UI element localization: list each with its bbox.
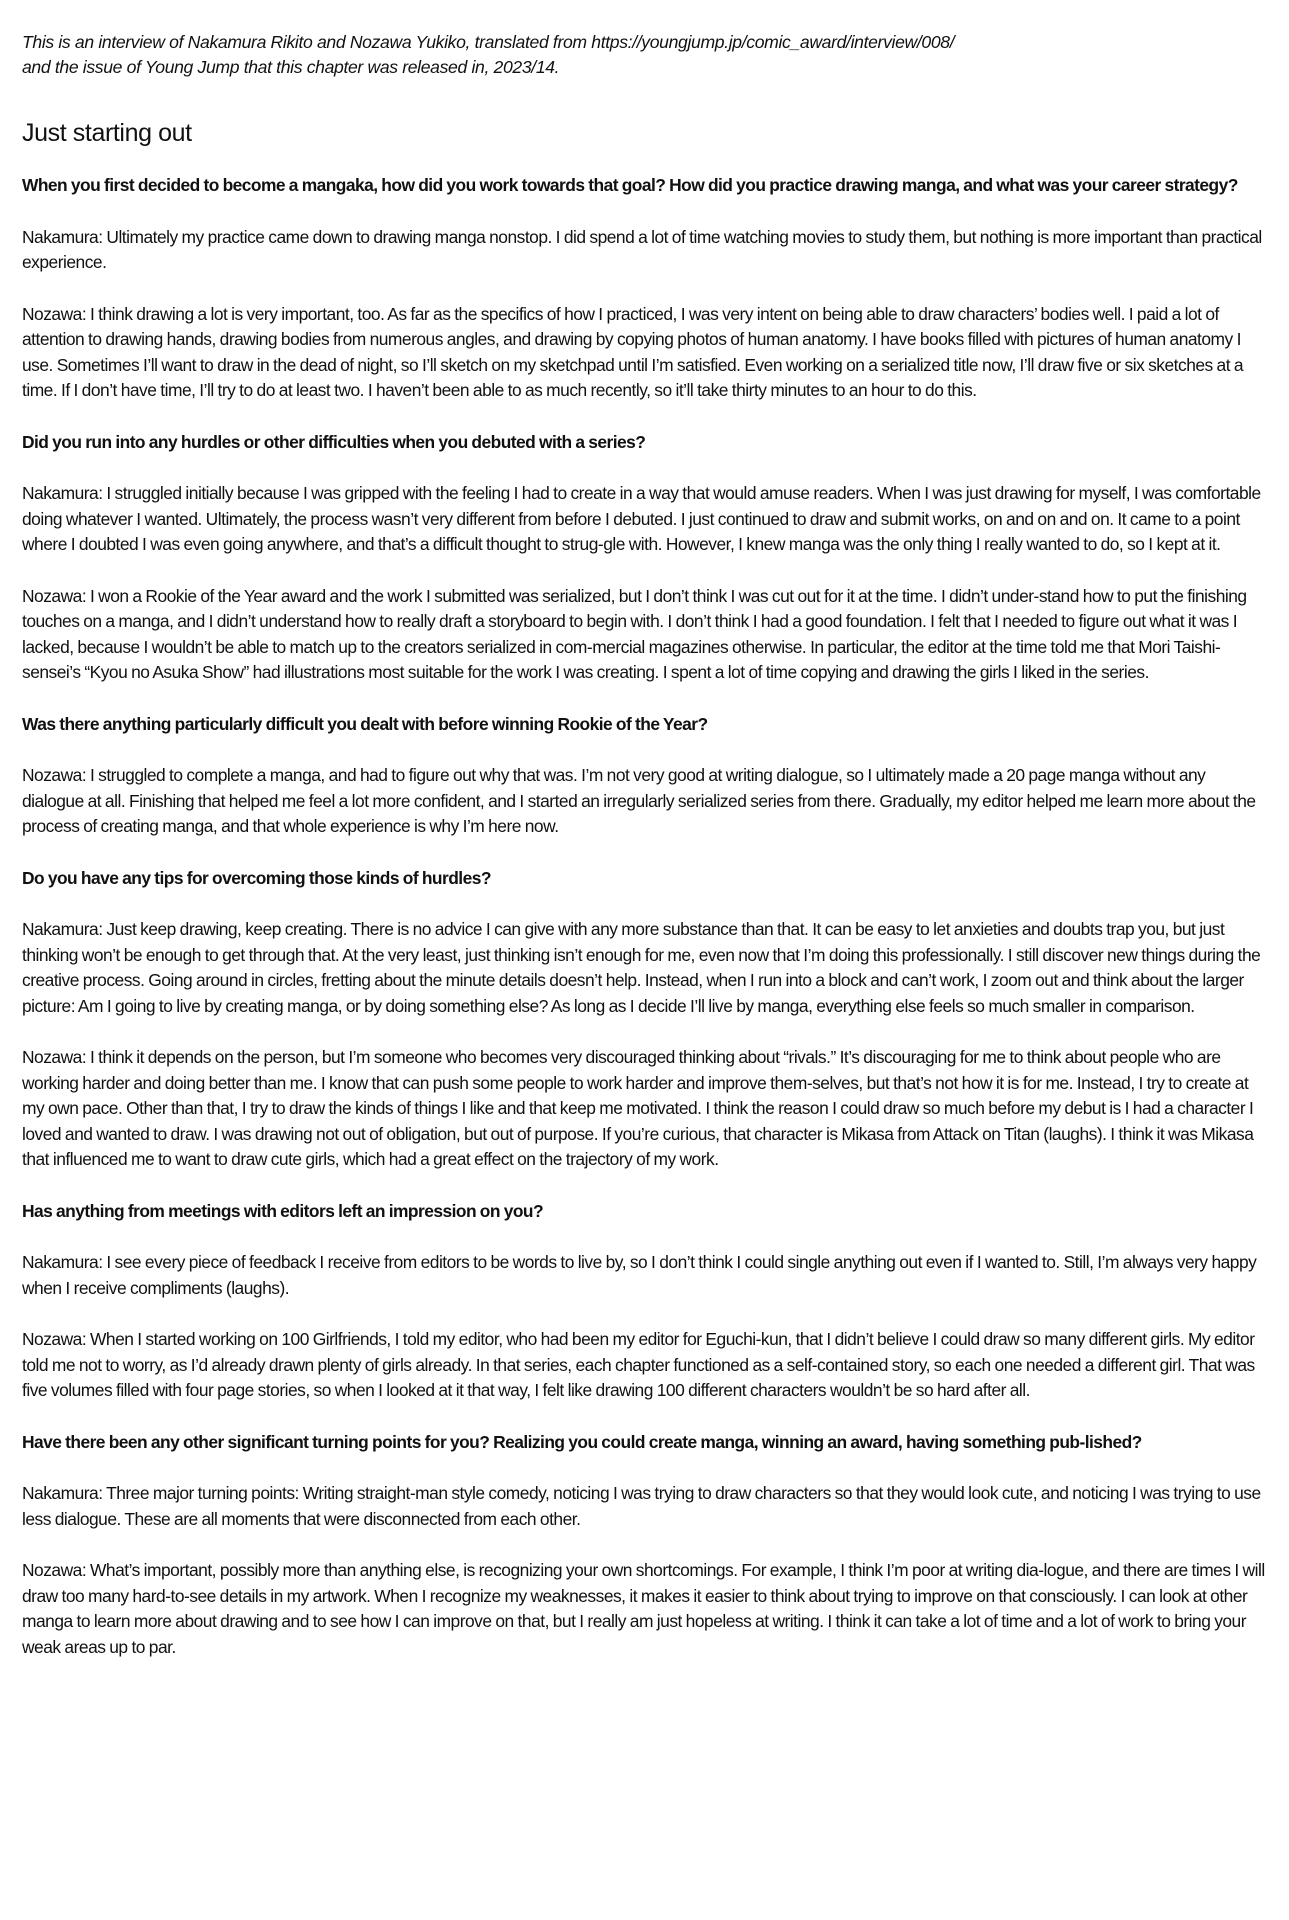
- answer-nakamura: Nakamura: Ultimately my practice came do…: [22, 225, 1267, 276]
- answer-nozawa: Nozawa: When I started working on 100 Gi…: [22, 1327, 1267, 1404]
- answer-nakamura: Nakamura: I see every piece of feedback …: [22, 1250, 1267, 1301]
- question: Was there anything particularly difficul…: [22, 712, 1267, 738]
- answer-nozawa: Nozawa: What’s important, possibly more …: [22, 1558, 1267, 1660]
- answer-nakamura: Nakamura: I struggled initially because …: [22, 481, 1267, 558]
- section-title: Just starting out: [22, 117, 1267, 149]
- qa-block-1: When you first decided to become a manga…: [22, 173, 1267, 404]
- question: Have there been any other significant tu…: [22, 1430, 1267, 1456]
- document-page: This is an interview of Nakamura Rikito …: [0, 0, 1289, 1660]
- qa-block-3: Was there anything particularly difficul…: [22, 712, 1267, 840]
- intro-line-2: and the issue of Young Jump that this ch…: [22, 57, 559, 77]
- question: Do you have any tips for overcoming thos…: [22, 866, 1267, 892]
- question: Has anything from meetings with editors …: [22, 1199, 1267, 1225]
- question: When you first decided to become a manga…: [22, 173, 1267, 199]
- answer-nozawa: Nozawa: I struggled to complete a manga,…: [22, 763, 1267, 840]
- question: Did you run into any hurdles or other di…: [22, 430, 1267, 456]
- qa-block-4: Do you have any tips for overcoming thos…: [22, 866, 1267, 1173]
- answer-nakamura: Nakamura: Just keep drawing, keep creati…: [22, 917, 1267, 1019]
- intro-line-1: This is an interview of Nakamura Rikito …: [22, 32, 954, 52]
- answer-nakamura: Nakamura: Three major turning points: Wr…: [22, 1481, 1267, 1532]
- qa-block-2: Did you run into any hurdles or other di…: [22, 430, 1267, 686]
- qa-block-5: Has anything from meetings with editors …: [22, 1199, 1267, 1404]
- answer-nozawa: Nozawa: I think drawing a lot is very im…: [22, 302, 1267, 404]
- answer-nozawa: Nozawa: I think it depends on the person…: [22, 1045, 1267, 1173]
- intro-note: This is an interview of Nakamura Rikito …: [22, 30, 1267, 79]
- qa-block-6: Have there been any other significant tu…: [22, 1430, 1267, 1661]
- answer-nozawa: Nozawa: I won a Rookie of the Year award…: [22, 584, 1267, 686]
